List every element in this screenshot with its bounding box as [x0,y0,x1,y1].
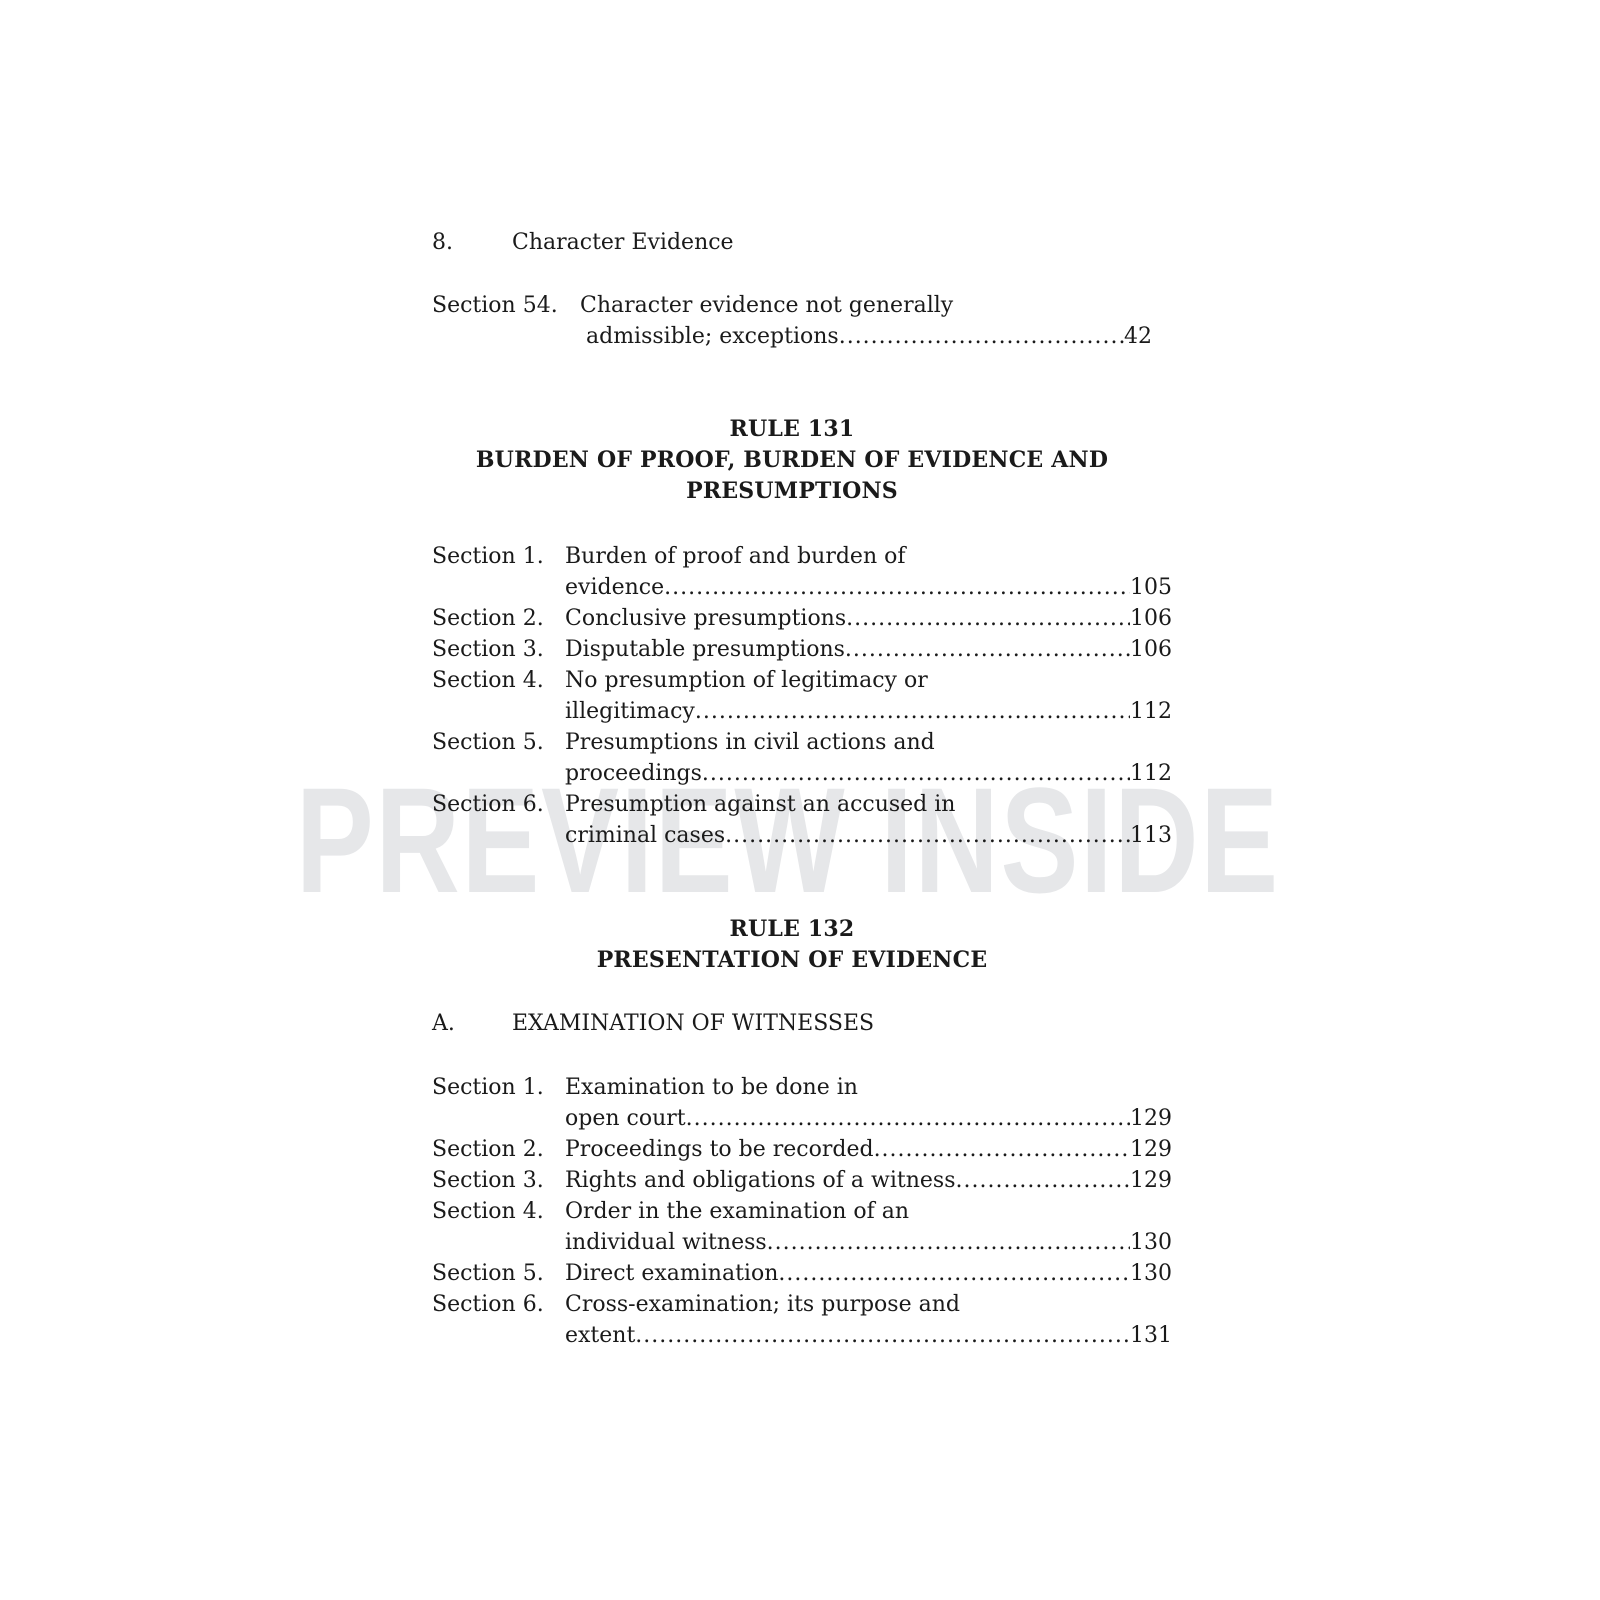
toc-entry-r131-section-4[interactable]: Section 4. No presumption of legitimacy … [432,665,1172,727]
section-title: Presumptions in civil actions and [565,727,935,758]
subsection-number: A. [432,1008,512,1039]
section-title-continued: illegitimacy [565,696,695,727]
section-title: Presumption against an accused in [565,789,955,820]
section-title: Cross-examination; its purpose and [565,1289,960,1320]
toc-entry-r132-section-1[interactable]: Section 1. Examination to be done in ope… [432,1072,1172,1134]
leader-dots [686,1103,1130,1134]
leader-dots [955,1165,1130,1196]
section-title-continued: individual witness [565,1227,767,1258]
section-label: Section 1. [432,541,565,572]
page-number: 112 [1130,758,1172,789]
toc-entry-r132-section-2[interactable]: Section 2. Proceedings to be recorded 12… [432,1134,1172,1165]
leader-dots [664,572,1130,603]
leader-dots [874,1134,1130,1165]
page-number: 42 [1124,321,1152,352]
page-number: 129 [1130,1103,1172,1134]
rule-title-line1: BURDEN OF PROOF, BURDEN OF EVIDENCE AND [402,445,1182,476]
toc-entry-r131-section-1[interactable]: Section 1. Burden of proof and burden of… [432,541,1172,603]
toc-entry-r131-section-3[interactable]: Section 3. Disputable presumptions 106 [432,634,1172,665]
section-label: Section 4. [432,1196,565,1227]
section-title: Character evidence not generally [580,290,953,321]
page-number: 129 [1130,1165,1172,1196]
toc-entry-r131-section-2[interactable]: Section 2. Conclusive presumptions 106 [432,603,1172,634]
section-title: Order in the examination of an [565,1196,909,1227]
leader-dots [778,1258,1130,1289]
subsection-number: 8. [432,227,512,258]
leader-dots [839,321,1124,352]
subsection-title: EXAMINATION OF WITNESSES [512,1008,874,1039]
leader-dots [695,696,1130,727]
toc-entry-section-54[interactable]: Section 54. Character evidence not gener… [432,290,1172,352]
rule-132-heading: RULE 132 PRESENTATION OF EVIDENCE [402,914,1182,976]
section-title-continued: open court [565,1103,686,1134]
leader-dots [767,1227,1130,1258]
rule-132-entries: Section 1. Examination to be done in ope… [432,1072,1172,1351]
toc-entry-r132-section-6[interactable]: Section 6. Cross-examination; its purpos… [432,1289,1172,1351]
page-number: 105 [1130,572,1172,603]
page-number: 129 [1130,1134,1172,1165]
section-title: Disputable presumptions [565,634,845,665]
section-label: Section 2. [432,603,565,634]
toc-entry-r131-section-5[interactable]: Section 5. Presumptions in civil actions… [432,727,1172,789]
section-label: Section 3. [432,1165,565,1196]
section-label: Section 6. [432,1289,565,1320]
rule-title-line1: PRESENTATION OF EVIDENCE [402,945,1182,976]
toc-entry-r132-section-5[interactable]: Section 5. Direct examination 130 [432,1258,1172,1289]
toc-entry-r132-section-4[interactable]: Section 4. Order in the examination of a… [432,1196,1172,1258]
rule-131-entries: Section 1. Burden of proof and burden of… [432,541,1172,851]
page-number: 113 [1130,820,1172,851]
section-title-continued: extent [565,1320,635,1351]
section-title: Conclusive presumptions [565,603,846,634]
section-title: Examination to be done in [565,1072,858,1103]
leader-dots [725,820,1130,851]
leader-dots [846,603,1130,634]
page-number: 106 [1130,634,1172,665]
section-title: Burden of proof and burden of [565,541,906,572]
toc-page: 8. Character Evidence Section 54. Charac… [432,0,1172,62]
subsection-heading-character-evidence: 8. Character Evidence [432,227,1172,258]
rule-number: RULE 131 [402,414,1182,445]
section-label: Section 5. [432,1258,565,1289]
leader-dots [635,1320,1130,1351]
section-label: Section 1. [432,1072,565,1103]
page-number: 106 [1130,603,1172,634]
leader-dots [845,634,1130,665]
toc-entry-r131-section-6[interactable]: Section 6. Presumption against an accuse… [432,789,1172,851]
section-title: Rights and obligations of a witness [565,1165,955,1196]
rule-number: RULE 132 [402,914,1182,945]
leader-dots [702,758,1130,789]
section-label: Section 54. [432,290,580,321]
page-number: 112 [1130,696,1172,727]
section-label: Section 5. [432,727,565,758]
section-label: Section 6. [432,789,565,820]
page-number: 130 [1130,1258,1172,1289]
page-number: 130 [1130,1227,1172,1258]
section-title-continued: criminal cases [565,820,725,851]
section-label: Section 2. [432,1134,565,1165]
subsection-title: Character Evidence [512,227,734,258]
subsection-heading-examination-of-witnesses: A. EXAMINATION OF WITNESSES [432,1008,1172,1039]
section-title: Proceedings to be recorded [565,1134,874,1165]
rule-title-line2: PRESUMPTIONS [402,476,1182,507]
section-title: Direct examination [565,1258,778,1289]
rule-131-heading: RULE 131 BURDEN OF PROOF, BURDEN OF EVID… [402,414,1182,507]
section-label: Section 3. [432,634,565,665]
toc-entry-r132-section-3[interactable]: Section 3. Rights and obligations of a w… [432,1165,1172,1196]
page-number: 131 [1130,1320,1172,1351]
section-title-continued: proceedings [565,758,702,789]
section-title-continued: admissible; exceptions [586,321,839,352]
section-label: Section 4. [432,665,565,696]
section-title: No presumption of legitimacy or [565,665,928,696]
section-title-continued: evidence [565,572,664,603]
